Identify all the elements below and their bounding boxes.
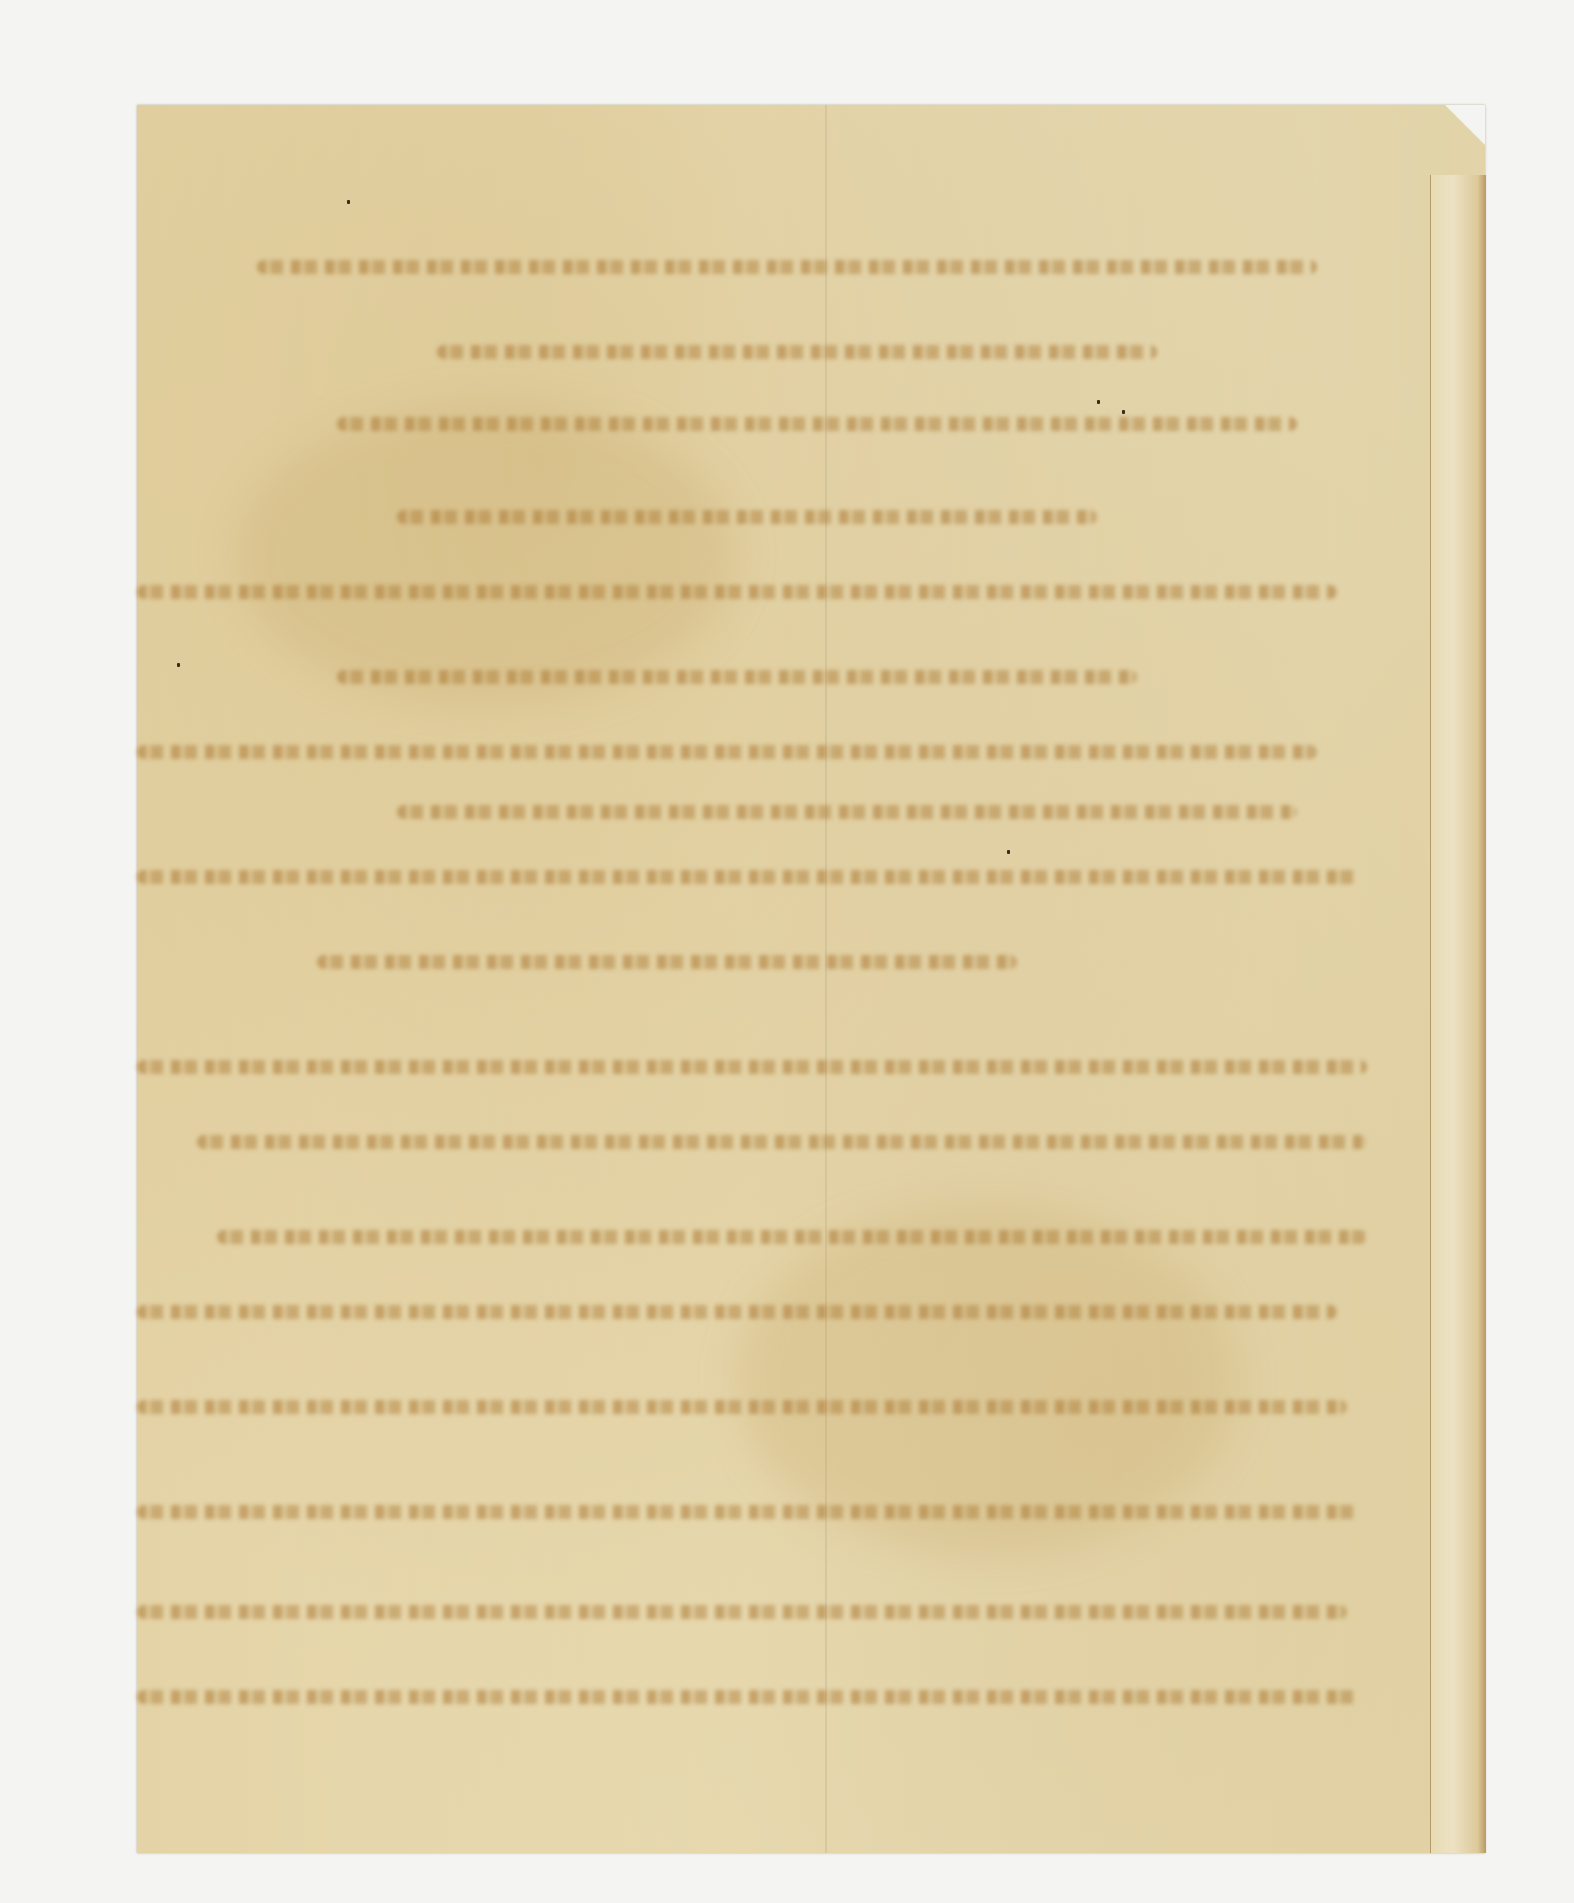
- ink-speck: [347, 200, 350, 204]
- bleed-through-line: [137, 585, 1337, 599]
- ink-speck: [1122, 410, 1125, 414]
- bleed-through-line: [137, 1060, 1367, 1074]
- folded-edge-strip: [1430, 175, 1486, 1853]
- bleed-through-line: [437, 345, 1157, 359]
- paper-stain: [737, 1205, 1237, 1555]
- bleed-through-line: [137, 1505, 1357, 1519]
- bleed-through-line: [337, 417, 1297, 431]
- fold-crease: [825, 105, 827, 1853]
- paper-stain: [237, 405, 737, 705]
- bleed-through-line: [137, 1605, 1347, 1619]
- bleed-through-line: [257, 260, 1317, 274]
- torn-corner: [1445, 105, 1485, 145]
- bleed-through-line: [137, 1690, 1357, 1704]
- bleed-through-line: [217, 1230, 1367, 1244]
- bleed-through-line: [197, 1135, 1367, 1149]
- bleed-through-line: [397, 805, 1297, 819]
- bleed-through-line: [137, 1400, 1347, 1414]
- bleed-through-line: [137, 1305, 1337, 1319]
- bleed-through-line: [137, 745, 1317, 759]
- ink-speck: [1007, 850, 1010, 854]
- manuscript-page: [137, 105, 1485, 1853]
- bleed-through-line: [137, 870, 1357, 884]
- ink-speck: [1097, 400, 1100, 404]
- bleed-through-line: [337, 670, 1137, 684]
- bleed-through-line: [397, 510, 1097, 524]
- bleed-through-line: [317, 955, 1017, 969]
- ink-speck: [177, 663, 180, 667]
